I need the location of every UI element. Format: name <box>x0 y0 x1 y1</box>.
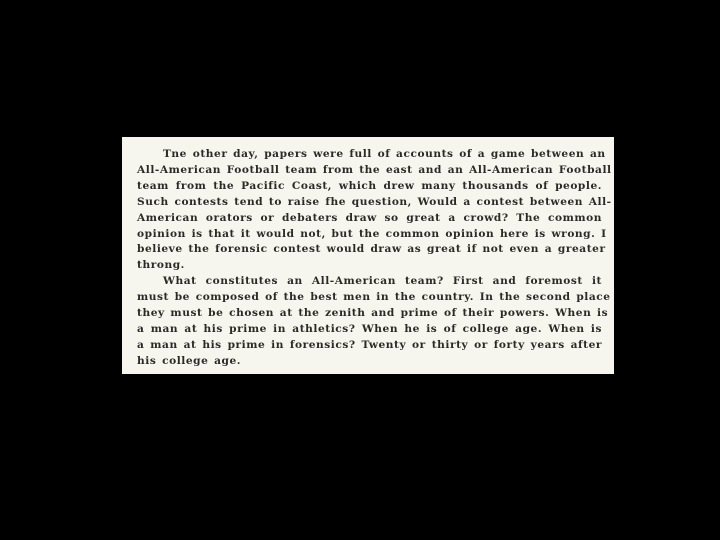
text-line: his college age. <box>137 354 602 370</box>
text-line: All-American Football team from the east… <box>137 163 602 179</box>
paragraph-1: Tne other day, papers were full of accou… <box>137 147 604 274</box>
paragraph-2: What constitutes an All-American team? F… <box>137 274 604 369</box>
text-line: Tne other day, papers were full of accou… <box>137 147 602 163</box>
text-line: believe the forensic contest would draw … <box>137 242 602 258</box>
text-line: must be composed of the best men in the … <box>137 290 602 306</box>
text-line: opinion is that it would not, but the co… <box>137 227 602 243</box>
text-line: What constitutes an All-American team? F… <box>137 274 602 290</box>
text-line: a man at his prime in forensics? Twenty … <box>137 338 602 354</box>
page-background: Tne other day, papers were full of accou… <box>0 0 720 540</box>
text-line: they must be chosen at the zenith and pr… <box>137 306 602 322</box>
text-line: a man at his prime in athletics? When he… <box>137 322 602 338</box>
text-line: team from the Pacific Coast, which drew … <box>137 179 602 195</box>
newspaper-clipping: Tne other day, papers were full of accou… <box>122 137 614 374</box>
text-line: American orators or debaters draw so gre… <box>137 211 602 227</box>
text-line: Such contests tend to raise fhe question… <box>137 195 602 211</box>
text-line: throng. <box>137 258 602 274</box>
